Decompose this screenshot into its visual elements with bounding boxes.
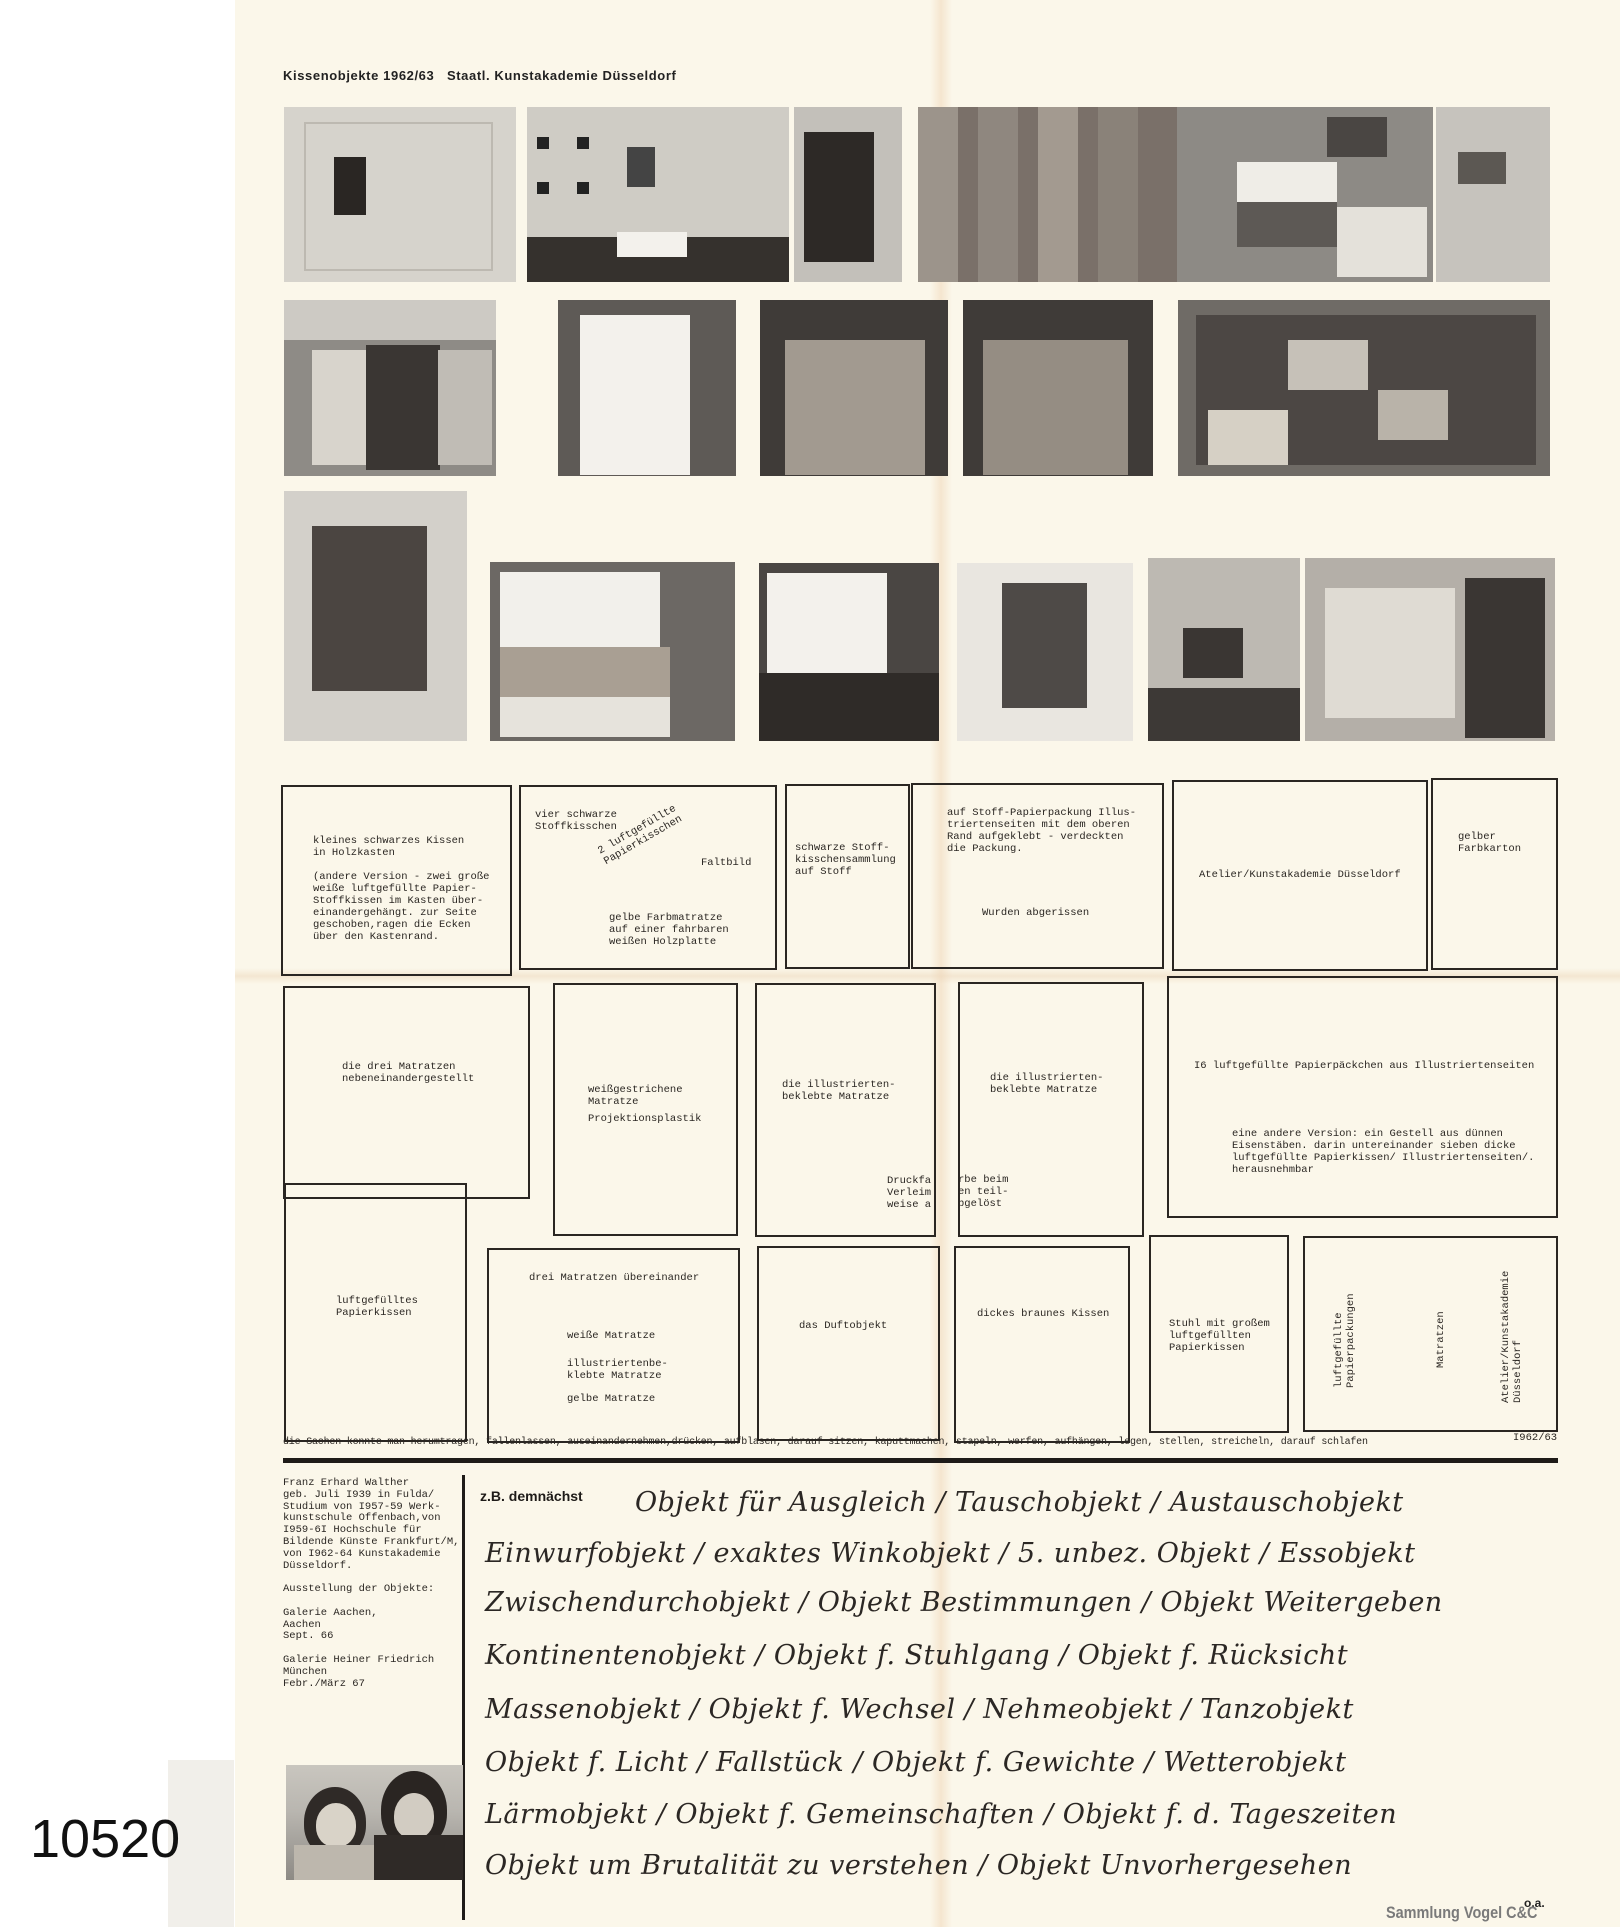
caption-box-12: luftgefülltes Papierkissen xyxy=(284,1183,467,1442)
caption-box-7: die drei Matratzen nebeneinandergestellt xyxy=(283,986,530,1199)
photo-detail xyxy=(1237,162,1337,202)
handwritten-line: Einwurfobjekt / exaktes Winkobjekt / 5. … xyxy=(485,1538,1416,1569)
photo-detail xyxy=(537,137,549,149)
vertical-caption: Atelier/Kunstakademie Düsseldorf xyxy=(1500,1271,1524,1403)
handwritten-line: Kontinentenobjekt / Objekt f. Stuhlgang … xyxy=(485,1640,1348,1671)
caption-text: weißgestrichene Matratze xyxy=(588,1084,683,1108)
photo-detail xyxy=(1237,202,1337,247)
photo-detail xyxy=(577,182,589,194)
caption-text: das Duftobjekt xyxy=(799,1320,887,1332)
photo-detail xyxy=(785,340,925,475)
caption-box-2: vier schwarze Stoffkisschen2 luftgefüllt… xyxy=(519,785,777,970)
photo-11 xyxy=(1178,300,1550,476)
caption-text: luftgefülltes Papierkissen xyxy=(336,1295,418,1319)
caption-box-14: das Duftobjekt xyxy=(757,1246,940,1441)
caption-note: eine andere Version: ein Gestell aus dün… xyxy=(1232,1128,1534,1176)
photo-detail xyxy=(1288,340,1368,390)
caption-text: dickes braunes Kissen xyxy=(977,1308,1109,1320)
footer-caption: die Sachen konnte man herumtragen, falle… xyxy=(283,1437,1368,1448)
photo-detail xyxy=(1098,107,1138,282)
photo-detail xyxy=(1208,410,1288,465)
caption-box-8: weißgestrichene MatratzeProjektionsplast… xyxy=(553,983,738,1236)
scan-background xyxy=(0,0,235,1927)
caption-box-6: gelber Farbkarton xyxy=(1431,778,1558,970)
photo-detail xyxy=(500,572,660,652)
photo-detail xyxy=(1337,207,1427,277)
children-photo xyxy=(286,1765,463,1880)
photo-detail xyxy=(1325,588,1455,718)
caption-box-1: kleines schwarzes Kissen in Holzkasten (… xyxy=(281,785,512,976)
photo-12 xyxy=(284,491,467,741)
photo-detail xyxy=(627,147,655,187)
caption-text: gelbe Farbmatratze auf einer fahrbaren w… xyxy=(609,912,729,948)
photo-detail xyxy=(767,573,887,673)
caption-text: weiße Matratze xyxy=(567,1330,655,1342)
caption-text: I6 luftgefüllte Papierpäckchen aus Illus… xyxy=(1194,1060,1534,1072)
photo-detail xyxy=(617,232,687,257)
caption-box-5: Atelier/Kunstakademie Düsseldorf xyxy=(1172,780,1428,971)
handwritten-line: Objekt für Ausgleich / Tauschobjekt / Au… xyxy=(635,1487,1404,1518)
photo-1 xyxy=(284,107,516,282)
photo-detail xyxy=(918,107,958,282)
photo-9 xyxy=(760,300,948,476)
collection-stamp: Sammlung Vogel C&C xyxy=(1386,1903,1537,1923)
photo-detail xyxy=(284,300,496,340)
caption-box-15: dickes braunes Kissen xyxy=(954,1246,1130,1443)
photo-14 xyxy=(759,563,939,741)
caption-box-13: drei Matratzen übereinanderweiße Matratz… xyxy=(487,1248,740,1443)
caption-box-3: schwarze Stoff- kisschensammlung auf Sto… xyxy=(785,784,910,969)
photo-detail xyxy=(577,137,589,149)
caption-text: gelber Farbkarton xyxy=(1458,831,1521,855)
photo-8 xyxy=(558,300,736,476)
photo-5 xyxy=(1177,107,1433,282)
photo-detail xyxy=(537,182,549,194)
caption-box-17: luftgefüllte PapierpackungenMatratzenAte… xyxy=(1303,1236,1558,1432)
caption-title: drei Matratzen übereinander xyxy=(529,1272,699,1284)
caption-box-9: die illustrierten- beklebte MatratzeDruc… xyxy=(755,983,936,1237)
caption-text: illustriertenbe- klebte Matratze xyxy=(567,1358,668,1382)
caption-text: kleines schwarzes Kissen in Holzkasten (… xyxy=(313,835,489,943)
poster-title: Kissenobjekte 1962/63 Staatl. Kunstakade… xyxy=(283,68,676,83)
caption-text: Atelier/Kunstakademie Düsseldorf xyxy=(1199,869,1401,881)
caption-text: Faltbild xyxy=(701,857,751,869)
handwritten-line: Zwischendurchobjekt / Objekt Bestimmunge… xyxy=(485,1587,1443,1618)
caption-box-16: Stuhl mit großem luftgefüllten Papierkis… xyxy=(1149,1235,1289,1433)
photo-detail xyxy=(1038,107,1078,282)
caption-note: Wurden abgerissen xyxy=(982,907,1089,919)
vertical-caption: Matratzen xyxy=(1435,1311,1447,1368)
photo-detail xyxy=(500,647,670,697)
caption-box-11: I6 luftgefüllte Papierpäckchen aus Illus… xyxy=(1167,976,1558,1218)
photo-detail xyxy=(1002,583,1087,708)
caption-text: vier schwarze Stoffkisschen xyxy=(535,809,617,833)
photo-detail xyxy=(312,350,366,465)
photo-16 xyxy=(1148,558,1300,741)
photo-detail xyxy=(438,350,492,465)
handwritten-line: Lärmobjekt / Objekt f. Gemeinschaften / … xyxy=(485,1799,1397,1830)
photo-detail xyxy=(1378,390,1448,440)
handwritten-line: Objekt um Brutalität zu verstehen / Obje… xyxy=(485,1850,1352,1881)
photo-10 xyxy=(963,300,1153,476)
split-text: rbe beim en teil- bgelöst xyxy=(958,1174,1008,1210)
caption-box-4: auf Stoff-Papierpackung Illus- triertens… xyxy=(911,783,1164,969)
photo-6 xyxy=(1436,107,1550,282)
caption-text: gelbe Matratze xyxy=(567,1393,655,1405)
artist-biography: Franz Erhard Walther geb. Juli I939 in F… xyxy=(283,1478,459,1690)
photo-detail xyxy=(500,697,670,737)
photo-3 xyxy=(794,107,902,282)
photo-detail xyxy=(1327,117,1387,157)
handwritten-label: z.B. demnächst xyxy=(480,1488,583,1504)
caption-text: Stuhl mit großem luftgefüllten Papierkis… xyxy=(1169,1318,1270,1354)
caption-box-10: die illustrierten- beklebte Matratzerbe … xyxy=(958,982,1144,1237)
photo-17 xyxy=(1305,558,1555,741)
photo-detail xyxy=(759,673,939,741)
caption-note: Projektionsplastik xyxy=(588,1113,701,1125)
photo-detail xyxy=(1465,578,1545,738)
photo-detail xyxy=(1458,152,1506,184)
photo-2 xyxy=(527,107,789,282)
photo-4 xyxy=(918,107,1180,282)
photo-detail xyxy=(366,345,440,470)
photo-detail xyxy=(312,526,427,691)
photo-detail xyxy=(983,340,1128,475)
photo-detail xyxy=(580,315,690,475)
caption-text: schwarze Stoff- kisschensammlung auf Sto… xyxy=(795,842,896,878)
photo-13 xyxy=(490,562,735,741)
caption-text: die illustrierten- beklebte Matratze xyxy=(782,1079,895,1103)
caption-text: auf Stoff-Papierpackung Illus- triertens… xyxy=(947,807,1136,855)
divider-rule xyxy=(283,1458,1558,1463)
photo-detail xyxy=(304,122,493,271)
handwritten-line: Objekt f. Licht / Fallstück / Objekt f. … xyxy=(485,1747,1346,1778)
photo-7 xyxy=(284,300,496,476)
photo-detail xyxy=(1148,688,1300,741)
footer-year: I962/63 xyxy=(1513,1432,1557,1444)
handwritten-line: Massenobjekt / Objekt f. Wechsel / Nehme… xyxy=(485,1694,1354,1725)
catalog-number: 10520 xyxy=(30,1808,180,1870)
photo-15 xyxy=(957,563,1133,741)
photo-detail xyxy=(1183,628,1243,678)
vertical-caption: luftgefüllte Papierpackungen xyxy=(1333,1293,1357,1388)
photo-detail xyxy=(804,132,874,262)
caption-text: die drei Matratzen nebeneinandergestellt xyxy=(342,1061,474,1085)
caption-text: die illustrierten- beklebte Matratze xyxy=(990,1072,1103,1096)
photo-detail xyxy=(978,107,1018,282)
split-text: Druckfa Verleim weise a xyxy=(887,1175,931,1211)
